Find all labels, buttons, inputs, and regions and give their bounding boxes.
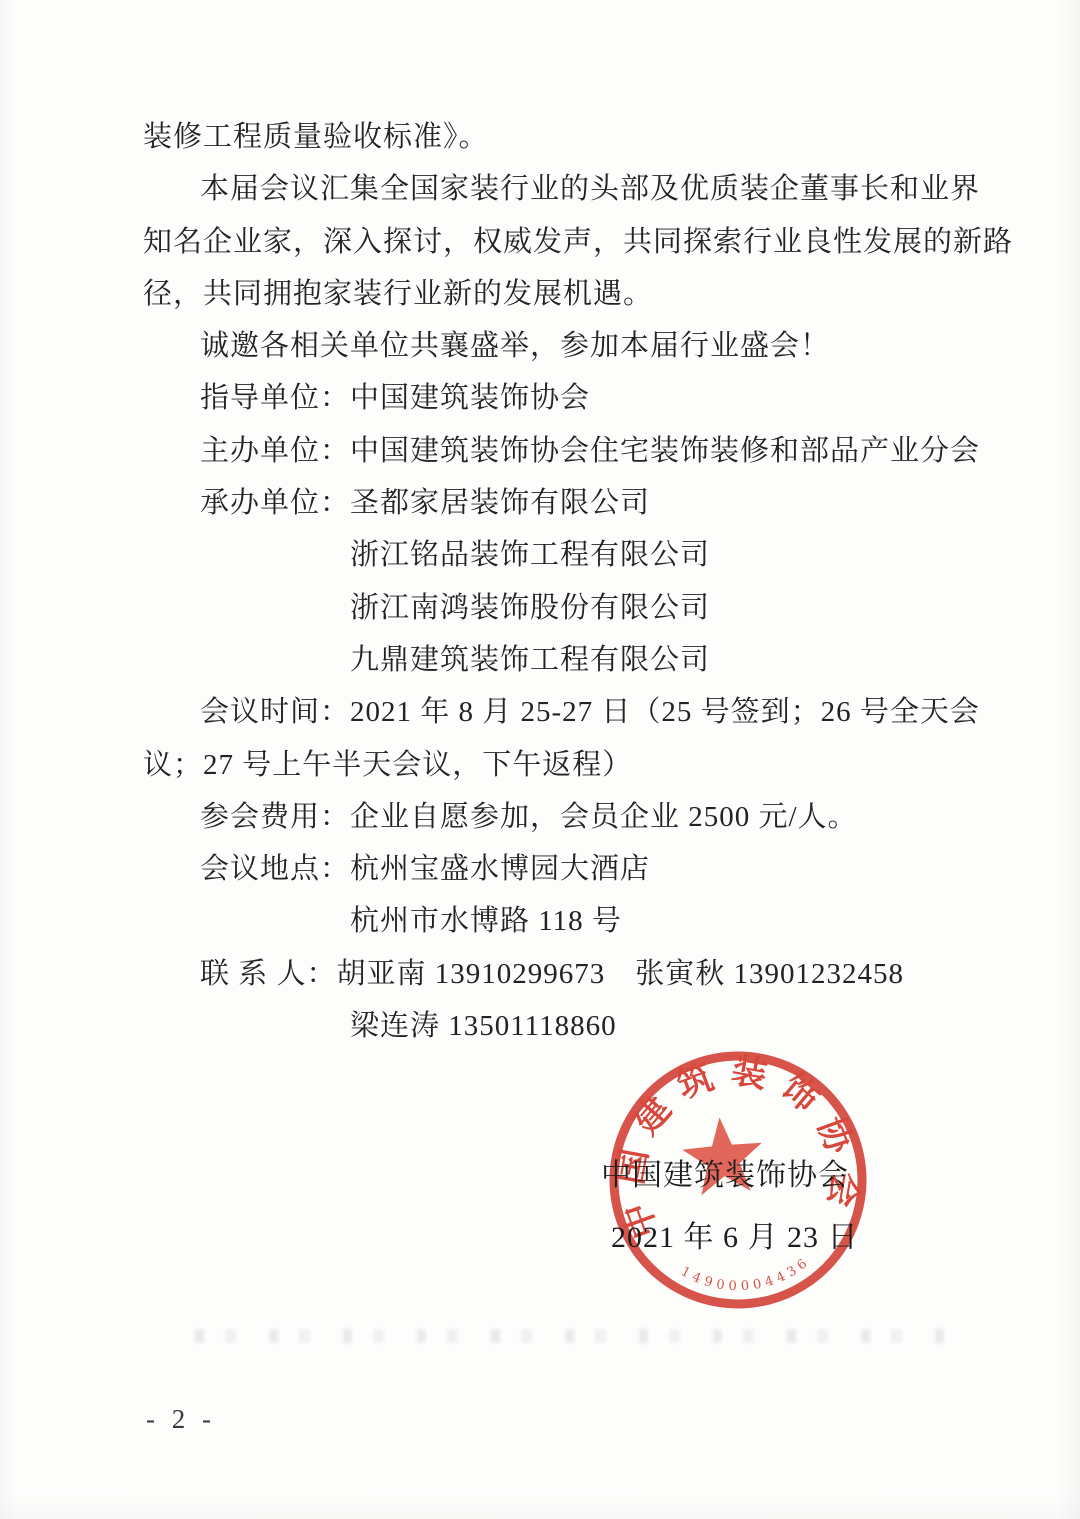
text-line-1: 装修工程质量验收标准》。 xyxy=(143,111,1003,163)
fee-line: 参会费用：企业自愿参加，会员企业 2500 元/人。 xyxy=(143,791,1003,843)
meeting-time-line: 会议时间：2021 年 8 月 25-27 日（25 号签到；26 号全天会 xyxy=(143,686,1003,738)
bleed-through-artifact xyxy=(195,1329,960,1343)
page-number: - 2 - xyxy=(146,1404,216,1435)
meeting-time-line-2: 议；27 号上午半天会议，下午返程） xyxy=(143,739,1003,791)
signature-org: 中国建筑装饰协会 xyxy=(601,1150,849,1194)
text-line-5: 诚邀各相关单位共襄盛举，参加本届行业盛会！ xyxy=(143,320,1003,372)
organizer-line-2: 浙江铭品装饰工程有限公司 xyxy=(143,529,1003,581)
organizer-unit-line: 承办单位：圣都家居装饰有限公司 xyxy=(143,477,1003,529)
organizer-line-3: 浙江南鸿装饰股份有限公司 xyxy=(143,582,1003,634)
venue-address-line: 杭州市水博路 118 号 xyxy=(143,895,1003,947)
signature-date: 2021 年 6 月 23 日 xyxy=(611,1212,859,1256)
organizer-line-4: 九鼎建筑装饰工程有限公司 xyxy=(143,634,1003,686)
host-unit-line: 主办单位：中国建筑装饰协会住宅装饰装修和部品产业分会 xyxy=(143,425,1003,477)
text-line-4: 径，共同拥抱家装行业新的发展机遇。 xyxy=(143,268,1003,320)
letter-body: 装修工程质量验收标准》。 本届会议汇集全国家装行业的头部及优质装企董事长和业界 … xyxy=(143,111,1003,1052)
guiding-unit-line: 指导单位：中国建筑装饰协会 xyxy=(143,372,1003,424)
text-line-3: 知名企业家，深入探讨，权威发声，共同探索行业良性发展的新路 xyxy=(143,216,1003,268)
document-page: 装修工程质量验收标准》。 本届会议汇集全国家装行业的头部及优质装企董事长和业界 … xyxy=(0,0,1080,1519)
contacts-line-2: 梁连涛 13501118860 xyxy=(143,1000,1003,1052)
venue-line: 会议地点：杭州宝盛水博园大酒店 xyxy=(143,843,1003,895)
text-line-2: 本届会议汇集全国家装行业的头部及优质装企董事长和业界 xyxy=(143,163,1003,215)
contacts-line: 联 系 人：胡亚南 13910299673 张寅秋 13901232458 xyxy=(143,948,1003,1000)
